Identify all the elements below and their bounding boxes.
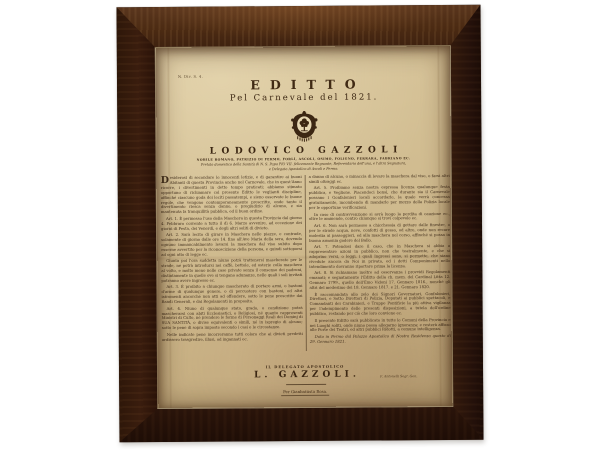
edict-paragraph: Art. 5. Proibiamo senza nostra espressa … xyxy=(309,185,450,211)
edict-paragraph: Nelle indicate pene incorreranno tutti c… xyxy=(162,332,303,343)
edict-paragraph: Art. 3. È proibito a chiunque mascherato… xyxy=(161,284,302,305)
gazzoli-coat-of-arms-icon xyxy=(289,111,319,145)
edict-paragraph: Art. 6. Non sarà permesso a chicchessia … xyxy=(309,223,450,244)
body-column-right: a danno di alcuno, o minaccia di levare … xyxy=(309,174,451,346)
edict-paragraph: a danno di alcuno, o minaccia di levare … xyxy=(309,174,450,185)
edict-paragraph: In caso di contravvenzione si avrà luogo… xyxy=(309,211,450,222)
printer-imprint: Per Gianbattista Rosa. xyxy=(158,388,452,395)
body-column-left: Desiderosi di secondare le innocenti let… xyxy=(161,175,303,344)
frame-rail-left xyxy=(116,7,157,442)
scene: N. Div. S. 4. EDITTO Pel Carnevale del 1… xyxy=(0,0,600,450)
countersignature: F. Antonelli Segr. Gen. xyxy=(380,374,417,378)
drop-cap: D xyxy=(161,176,170,185)
signature-rule xyxy=(286,384,326,385)
edict-title: EDITTO xyxy=(156,76,450,93)
edict-paragraph: Art. 2. Sarà lecito di girare in Mascher… xyxy=(161,232,302,258)
frame-rail-top xyxy=(116,5,480,48)
dateline: Dato in Fermo dal Palazzo Apostolico di … xyxy=(310,334,451,345)
prelate-title-line2: e Delegato Apostolico di Ascoli e Fermo. xyxy=(157,165,451,171)
edict-subtitle: Pel Carnevale del 1821. xyxy=(156,92,450,104)
edict-paragraph: Art. 4. Niuno di qualunque stato, grado,… xyxy=(162,306,303,332)
edict-paragraph: Art. 8. Si richiamano inoltre ad osserva… xyxy=(309,270,450,291)
edict-paragraph: Il presente Editto sarà pubblicato in tu… xyxy=(310,318,451,334)
edict-paragraph: Desiderosi di secondare le innocenti let… xyxy=(161,175,302,215)
edict-paragraph: Giunta poi l'ora suddetta niuno potrà tr… xyxy=(161,258,302,284)
edict-paragraph: Art. 1. È permesso l'uso della Maschera … xyxy=(161,216,302,232)
edict-paragraph: Art. 7. Potendosi dare il caso, che in M… xyxy=(309,244,450,270)
author-name: LODOVICO GAZZOLI xyxy=(156,145,450,157)
column-divider xyxy=(305,175,307,351)
edict-paragraph: È raccomandata allo zelo dei Signori Gov… xyxy=(309,291,450,317)
edict-document: N. Div. S. 4. EDITTO Pel Carnevale del 1… xyxy=(155,45,454,409)
frame-rail-bottom xyxy=(119,407,483,443)
frame-rail-right xyxy=(450,5,483,440)
framed-edict-photo: N. Div. S. 4. EDITTO Pel Carnevale del 1… xyxy=(116,5,483,443)
